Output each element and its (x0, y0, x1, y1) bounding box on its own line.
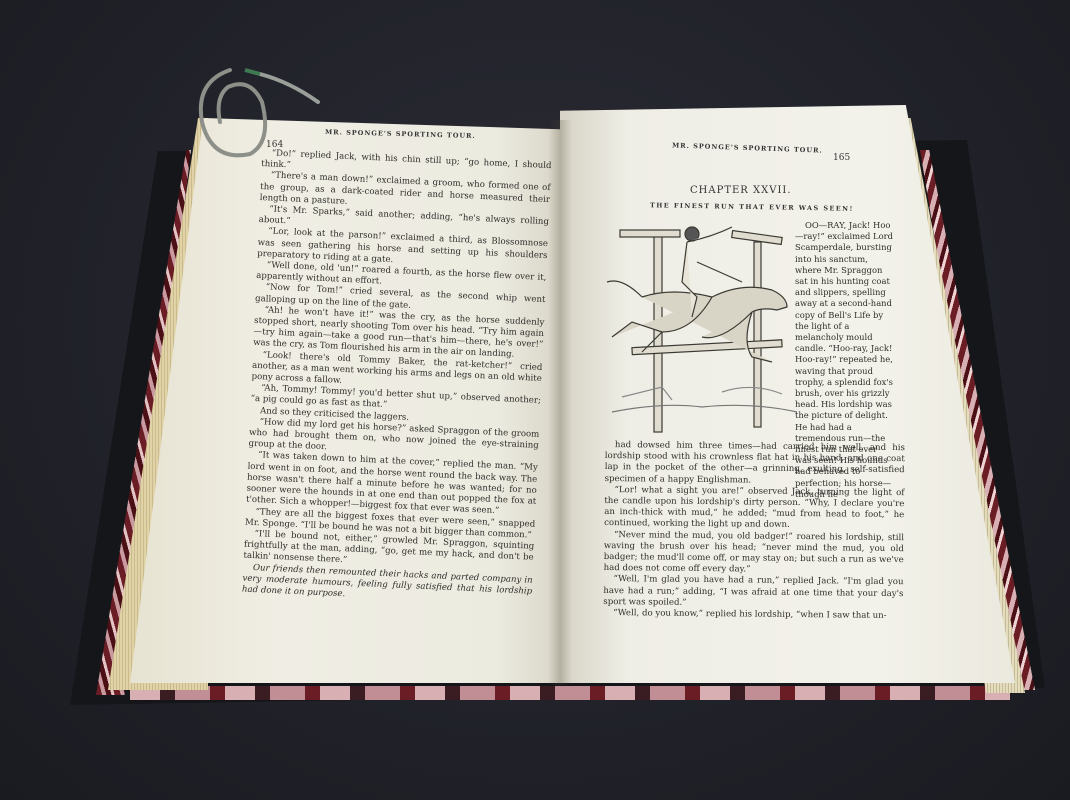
page-number-right: 165 (833, 153, 850, 163)
book-gutter (548, 120, 572, 685)
left-page-text: “Do!” replied Jack, with his chin still … (242, 148, 552, 609)
paragraph: “Well, I'm glad you have had a run,” rep… (603, 574, 903, 611)
paragraph: “Never mind the mud, you old badger!” ro… (604, 530, 904, 578)
paragraph: “Lor! what a sight you are!” observed Ja… (604, 485, 904, 533)
right-page-text: had dowsed him three times—had carried h… (603, 440, 905, 622)
marbled-board-bottom (130, 686, 1010, 700)
chapter-title: CHAPTER XXVII. (690, 185, 792, 196)
paragraph: had dowsed him three times—had carried h… (605, 440, 905, 488)
metal-bookmark-icon[interactable] (190, 62, 330, 172)
horse-rider-illustration (602, 222, 802, 442)
